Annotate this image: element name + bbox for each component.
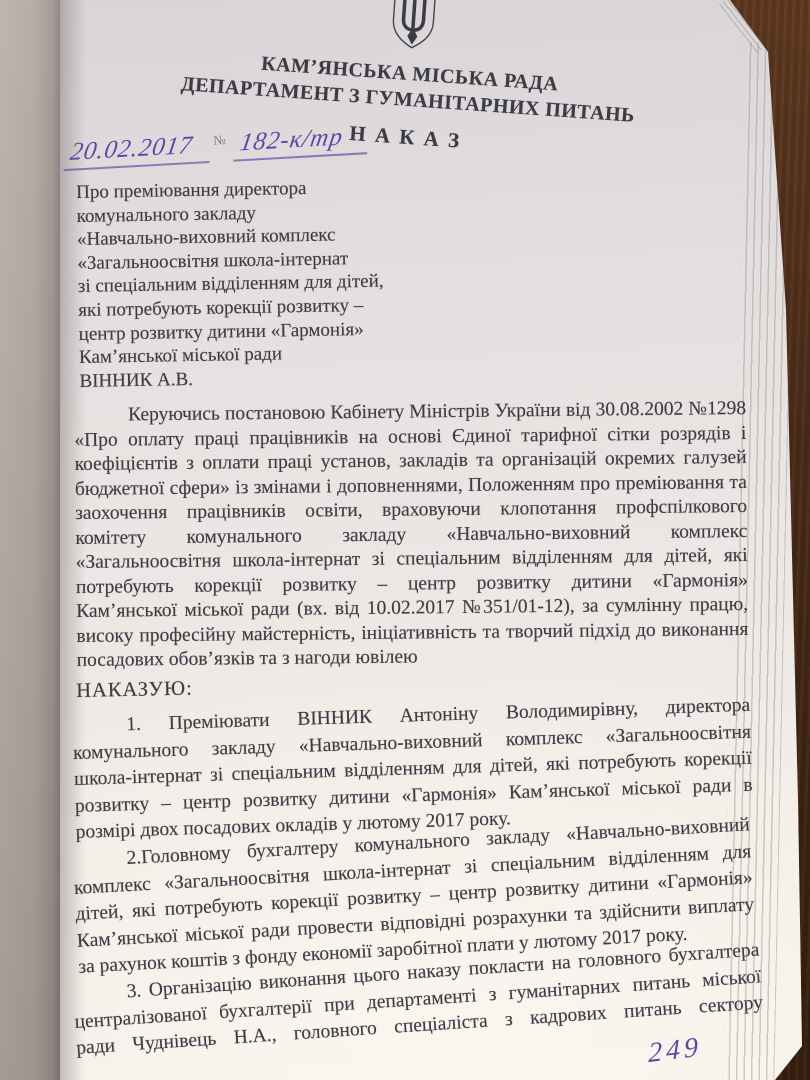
issue-date-handwritten: 20.02.2017 (63, 131, 214, 171)
photo-scene: КАМ’ЯНСЬКА МІСЬКА РАДА ДЕПАРТАМЕНТ З ГУМ… (0, 0, 810, 1080)
subject-block: Про преміювання директора комунального з… (76, 174, 472, 393)
handwritten-page-number: 249 (648, 1031, 702, 1070)
number-sign: № (213, 132, 226, 148)
preamble-paragraph: Керуючись постановою Кабінету Міністрів … (74, 397, 749, 674)
document-page: КАМ’ЯНСЬКА МІСЬКА РАДА ДЕПАРТАМЕНТ З ГУМ… (0, 0, 810, 1080)
order-item-1-lines: 1. Преміювати ВІННИК Антоніну Володимирі… (72, 693, 753, 820)
issue-number-handwritten: 182-к/тр (234, 122, 373, 162)
trident-emblem-icon (387, 0, 439, 52)
preamble-lines: Керуючись постановою Кабінету Міністрів … (74, 397, 749, 649)
resolution-word: НАКАЗУЮ: (76, 678, 193, 703)
adjacent-page-edge (0, 0, 68, 1080)
